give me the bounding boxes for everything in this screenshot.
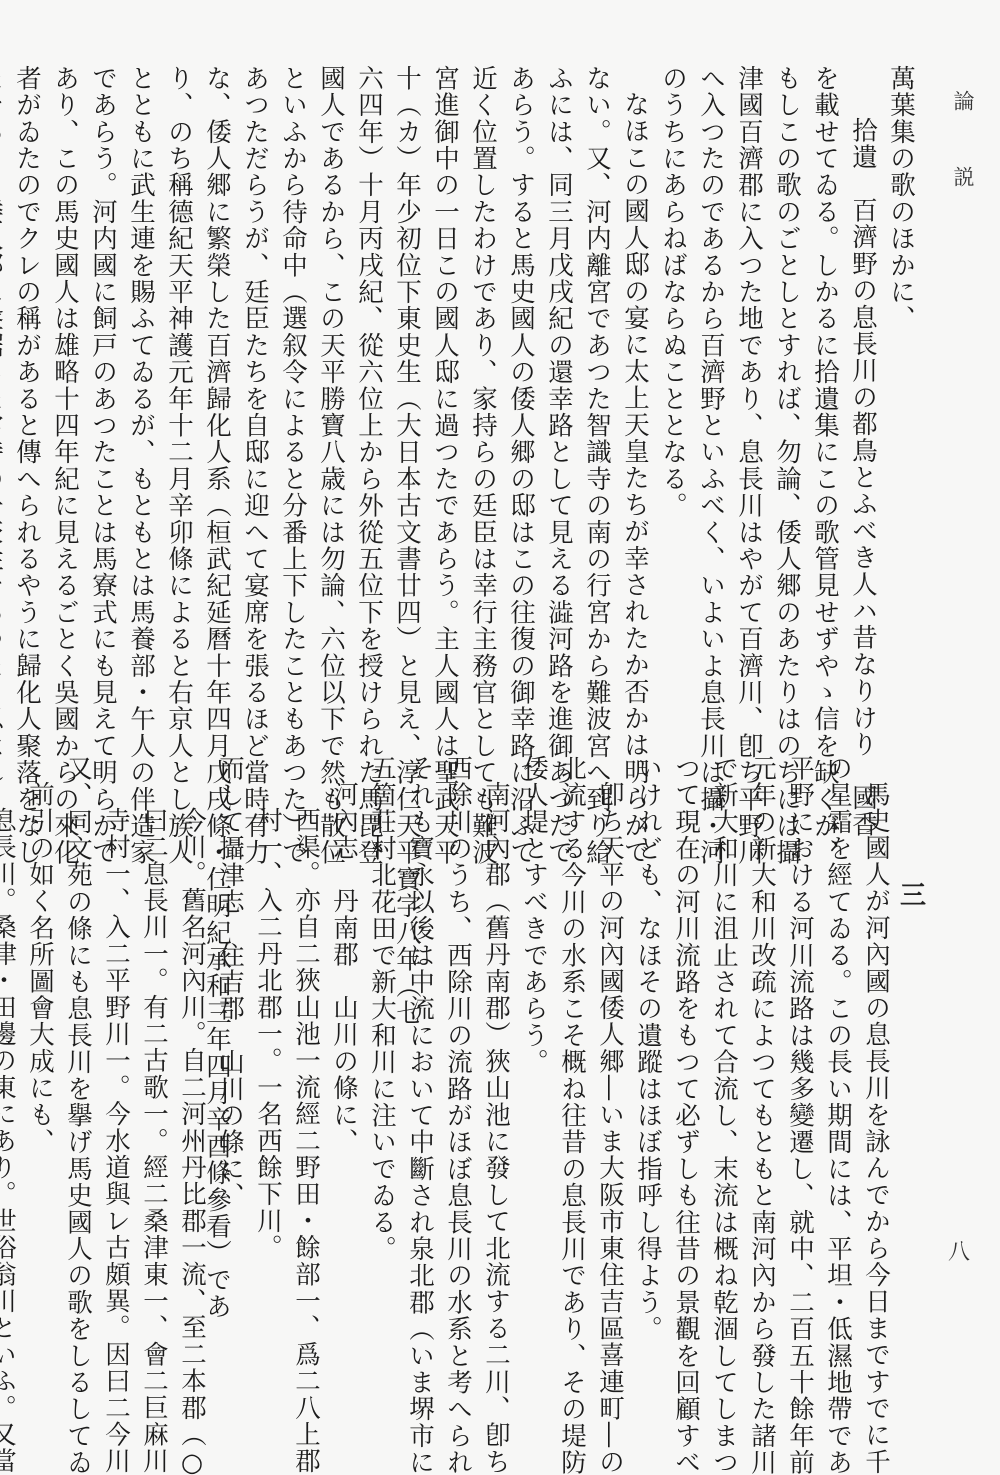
kanbun-quote-column: 村一、入二丹北郡一。一名西餘下川。 <box>249 755 287 1435</box>
text-column: を載せてゐる。しかるに拾遺集にこの歌管見せずやゝ信を缺くが、 <box>806 65 844 725</box>
text-column: 六四年）十月丙戌紀、從六位上から外從五位下を授けられた馬毘登 <box>350 65 388 725</box>
kanbun-quote-column: 曰二息長川一。有二古歌一。經二桑津東一、會二巨麻川一、至二東生郡舍利 <box>135 755 173 1435</box>
text-column: それも寶永以後は中流において中斷され泉北郡（いま堺市に入る） <box>401 755 439 1435</box>
page-number: 八 <box>948 1235 970 1266</box>
paragraph-start-column: 前引の如く名所圖會大成にも、 <box>21 755 59 1435</box>
text-column: 倭人堤とすべきであらう。 <box>515 755 553 1435</box>
text-column: たであらう倭人郷に盤踞した當時の一豪姓であつたと思はれる。 <box>0 65 8 725</box>
text-column: 宮進御中の一日この國人邸に過つたであらう。主人國人は聖武天平 <box>426 65 464 725</box>
text-column: あり、この馬史國人は雄略十四年紀に見えるごとく吳國からの來化 <box>46 65 84 725</box>
text-column: であらう。河内國に飼戸のあつたことは馬寮式にも見えて明らかで <box>84 65 122 725</box>
text-column: り、のち稱德紀天平神護元年十二月辛卯條によると右京人とし族人 <box>160 65 198 725</box>
paragraph-start-column: 南河內郡（舊丹南郡）狹山池に發して北流する二川、卽ち東除川・ <box>477 755 515 1435</box>
kanbun-quote-column: 今川。舊名河內川。自二河州丹比郡一流、至二本郡（○住吉）喜連西一、 <box>173 755 211 1435</box>
paragraph-start-column: 馬史國人が河內國の息長川を詠んでから今日まですでに千二百年 <box>857 755 895 1435</box>
text-column: ふには、同三月戊戌紀の還幸路として見える澁河路を進御あつたで <box>540 65 578 725</box>
text-column: もしこの歌のごとしとすれば、勿論、倭人郷のあたりはのちには攝 <box>768 65 806 725</box>
text-column: 國人であるから、この天平勝寶八歳には勿論、六位以下で然も散位 <box>312 65 350 725</box>
quoted-poem-column: 拾遺 百濟野の息長川の都鳥とふべき人ハ昔なりけり 國香 <box>844 65 882 725</box>
text-column: 西除川のうち、西除川の流路がほぼ息長川の水系と考へられるが、 <box>439 755 477 1435</box>
text-column: 北流する今川の水系こそ概ね往昔の息長川であり、その堤防が所謂 <box>553 755 591 1435</box>
paragraph-start-column: なほこの國人邸の宴に太上天皇たちが幸されたか否かは明らかで <box>616 65 654 725</box>
text-column: といふから待命中（選叙令によると分番上下したこともあつた）で <box>274 65 312 725</box>
paragraph-start-column: 卽ち天平の河內國倭人郷―いま大阪市東住吉區喜連町―の西邊を <box>591 755 629 1435</box>
kanbun-quote-column: 西渠。亦自二狹山池一流經二野田・餘部一、爲二八上郡界一、過二今井 <box>287 755 325 1435</box>
text-column: あらう。すると馬史國人の倭人郷の邸はこの往復の御幸路に沿ふて <box>502 65 540 725</box>
text-column: へ入つたのであるから百濟野といふべく、いよいよ息長川は攝・河 <box>692 65 730 725</box>
text-column: 五箇莊村北花田で新大和川に注いでゐる。 <box>363 755 401 1435</box>
text-column: ない。又、河内離宮であつた智識寺の南の行宮から難波宮へ到り給 <box>578 65 616 725</box>
text-column: とともに武生連を賜ふてゐるが、もともとは馬養部・午人の伴造家 <box>122 65 160 725</box>
text-column: 近く位置したわけであり、家持らの廷臣は幸行主務官としても難波 <box>464 65 502 725</box>
text-column: な、倭人郷に繁榮した百濟歸化人系（桓武紀延曆十年四月戊戌條・仁明紀承和三年四月辛… <box>198 65 236 725</box>
citation-heading-column: 河內志 丹南郡 山川の條に、 <box>325 755 363 1435</box>
text-column: の星霜を經てゐる。この長い期間には、平坦・低濕地帶である河內 <box>819 755 857 1435</box>
kanbun-quote-column: 寺村一、入二平野川一。今水道與レ古頗異。因曰二今川一。 <box>97 755 135 1435</box>
running-head: 論説 <box>948 90 978 242</box>
text-column: 十（カ）年少初位下東史生（大日本古文書廿四）と見え、淳仁天平寶字八年（七 <box>388 65 426 725</box>
text-column: 元年の新大和川改疏によつてもともと南河內から發した諸川は中流 <box>743 755 781 1435</box>
bottom-text-block: 馬史國人が河內國の息長川を詠んでから今日まですでに千二百年 の星霜を經てゐる。こ… <box>15 755 895 1435</box>
top-text-block: 萬葉集の歌のほかに、 拾遺 百濟野の息長川の都鳥とふべき人ハ昔なりけり 國香 を… <box>20 65 920 725</box>
text-column: つて現在の河川流路をもつて必ずしも往昔の景觀を回顧すべくもな <box>667 755 705 1435</box>
text-column: 又、同文苑の條にも息長川を擧げ馬史國人の歌をしるしてゐる。 <box>59 755 97 1435</box>
text-column: いけれども、なほその遺蹤はほぼ指呼し得よう。 <box>629 755 667 1435</box>
text-column: 者がゐたのでクレの稱があると傳へられるやうに歸化人聚落をなし <box>8 65 46 725</box>
kanbun-quote-column: 息長川。桑津・田邊の東にあり。世俗翁川といふ。又當時ハ今 <box>0 755 21 1435</box>
text-column: 而して攝津志 住吉郡 山川の條に、 <box>211 755 249 1435</box>
text-column: あつただらうが、廷臣たちを自邸に迎へて宴席を張るほど當時有力 <box>236 65 274 725</box>
text-column: 萬葉集の歌のほかに、 <box>882 65 920 725</box>
scanned-page: 論説 三 八 萬葉集の歌のほかに、 拾遺 百濟野の息長川の都鳥とふべき人ハ昔なり… <box>0 0 1000 1475</box>
text-column: で新大和川に沮止されて合流し、末流は概ね乾涸してしまつた。從 <box>705 755 743 1435</box>
section-number: 三 <box>900 875 926 912</box>
text-column: 津國百濟郡に入つた地であり、息長川はやがて百濟川、卽ち平野川 <box>730 65 768 725</box>
text-column: のうちにあらねばならぬこととなる。 <box>654 65 692 725</box>
text-column: 平野における河川流路は幾多變遷し、就中、二百五十餘年前、寶永 <box>781 755 819 1435</box>
